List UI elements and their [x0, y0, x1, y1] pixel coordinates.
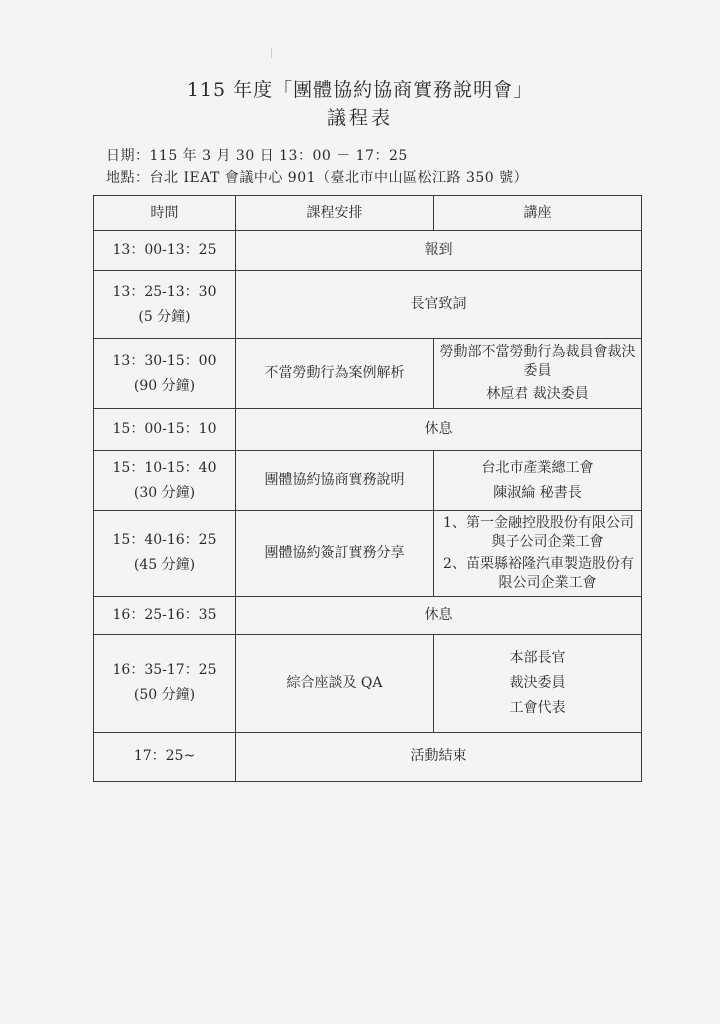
table-row: 15：40-16：25 (45 分鐘) 團體協約簽訂實務分享 1、第一金融控股股… [94, 511, 642, 597]
table-row: 13：00-13：25 報到 [94, 231, 642, 271]
time-cell: 13：00-13：25 [94, 231, 236, 271]
date-value: 115 年 3 月 30 日 13：00 － 17：25 [150, 148, 408, 164]
table-row: 15：10-15：40 (30 分鐘) 團體協約協商實務說明 台北市產業總工會 … [94, 451, 642, 511]
agenda-table: 時間 課程安排 講座 13：00-13：25 報到 13：25-13：30 (5… [93, 195, 642, 782]
document-subtitle: 議程表 [0, 103, 720, 130]
speaker-cell: 台北市產業總工會 陳淑綸 秘書長 [434, 451, 642, 511]
speaker-cell: 勞動部不當勞動行為裁員會裁決委員 林垕君 裁決委員 [434, 339, 642, 409]
table-row: 16：35-17：25 (50 分鐘) 綜合座談及 QA 本部長官 裁決委員 工… [94, 634, 642, 732]
table-row: 16：25-16：35 休息 [94, 596, 642, 634]
table-row: 13：25-13：30 (5 分鐘) 長官致詞 [94, 271, 642, 339]
time-cell: 13：30-15：00 (90 分鐘) [94, 339, 236, 409]
time-cell: 16：35-17：25 (50 分鐘) [94, 634, 236, 732]
time-cell: 15：00-15：10 [94, 409, 236, 451]
table-header-row: 時間 課程安排 講座 [94, 196, 642, 231]
merged-cell: 休息 [236, 409, 642, 451]
scan-mark [271, 48, 272, 58]
date-line: 日期：115 年 3 月 30 日 13：00 － 17：25 [106, 145, 408, 165]
location-line: 地點：台北 IEAT 會議中心 901（臺北市中山區松江路 350 號） [106, 167, 528, 187]
document-title: 115 年度「團體協約協商實務說明會」 [0, 75, 720, 102]
merged-cell: 活動結束 [236, 732, 642, 781]
header-course: 課程安排 [236, 196, 434, 231]
table-row: 13：30-15：00 (90 分鐘) 不當勞動行為案例解析 勞動部不當勞動行為… [94, 339, 642, 409]
course-cell: 綜合座談及 QA [236, 634, 434, 732]
time-cell: 13：25-13：30 (5 分鐘) [94, 271, 236, 339]
location-value: 台北 IEAT 會議中心 901（臺北市中山區松江路 350 號） [150, 170, 529, 186]
date-label: 日期： [106, 148, 150, 164]
merged-cell: 長官致詞 [236, 271, 642, 339]
table-row: 15：00-15：10 休息 [94, 409, 642, 451]
time-cell: 17：25~ [94, 732, 236, 781]
table-row: 17：25~ 活動結束 [94, 732, 642, 781]
header-time: 時間 [94, 196, 236, 231]
merged-cell: 報到 [236, 231, 642, 271]
merged-cell: 休息 [236, 596, 642, 634]
time-cell: 16：25-16：35 [94, 596, 236, 634]
speaker-cell: 本部長官 裁決委員 工會代表 [434, 634, 642, 732]
header-speaker: 講座 [434, 196, 642, 231]
course-cell: 團體協約簽訂實務分享 [236, 511, 434, 597]
speaker-cell: 1、第一金融控股股份有限公司與子公司企業工會 2、苗栗縣裕隆汽車製造股份有限公司… [434, 511, 642, 597]
course-cell: 團體協約協商實務說明 [236, 451, 434, 511]
course-cell: 不當勞動行為案例解析 [236, 339, 434, 409]
time-cell: 15：10-15：40 (30 分鐘) [94, 451, 236, 511]
time-cell: 15：40-16：25 (45 分鐘) [94, 511, 236, 597]
location-label: 地點： [106, 170, 150, 186]
